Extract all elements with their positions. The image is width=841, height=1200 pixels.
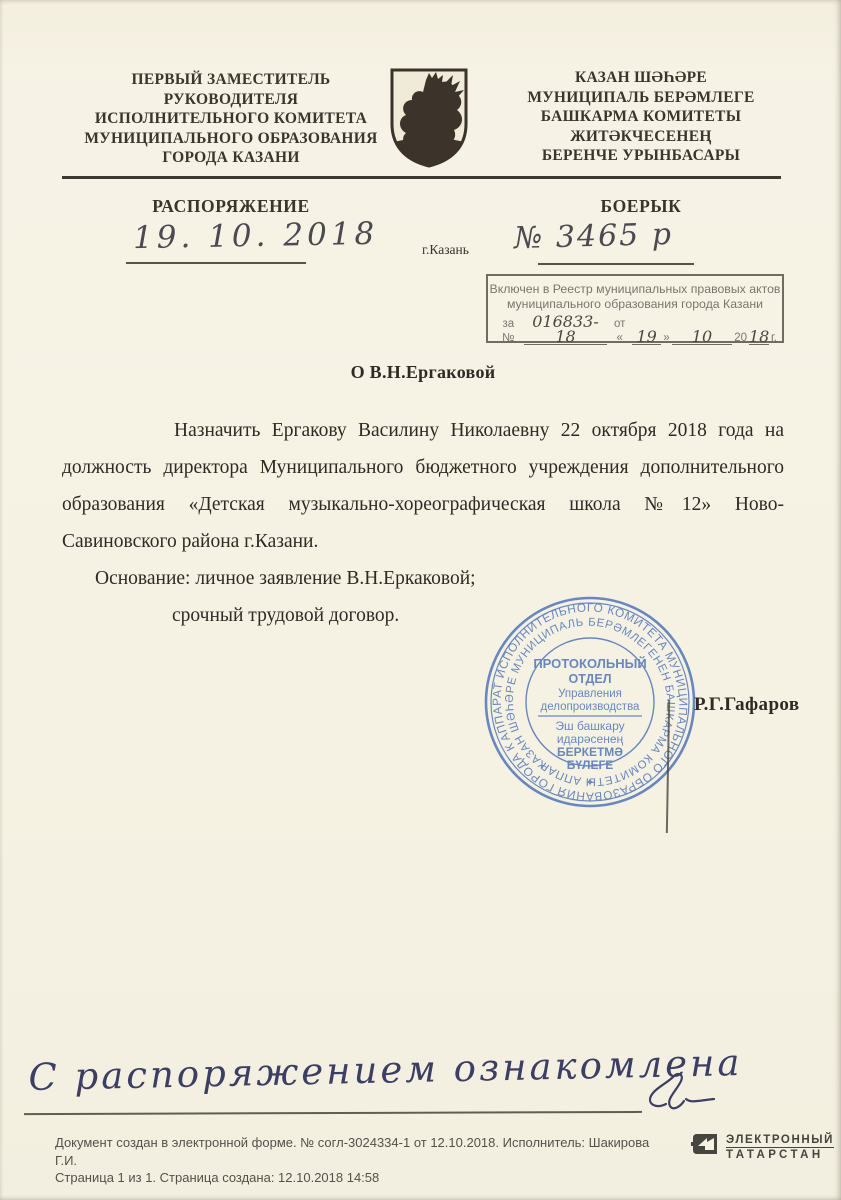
seal-center-line: Управления: [558, 688, 622, 700]
registry-month-handwritten: 10: [672, 329, 733, 345]
header-right-line: БЕРЕНЧЕ УРЫНБАСАРЫ: [488, 146, 794, 166]
header-left-line: РУКОВОДИТЕЛЯ: [66, 90, 396, 110]
body-line: образования «Детская музыкально-хореогра…: [62, 486, 784, 523]
header-right-line: МУНИЦИПАЛЬ БЕРӘМЛЕГЕ: [488, 88, 794, 108]
handwritten-number: № 3465 р: [514, 217, 674, 256]
header-right-line: БАШКАРМА КОМИТЕТЫ: [488, 107, 794, 127]
signer-name: Р.Г.Гафаров: [694, 694, 800, 716]
doc-type-russian: РАСПОРЯЖЕНИЕ: [66, 196, 396, 217]
seal-center-line: Эш башкару: [555, 719, 624, 733]
registry-stamp-box: Включен в Реестр муниципальных правовых …: [486, 274, 784, 343]
footer-line1: Документ создан в электронной форме. № с…: [55, 1134, 655, 1169]
registry-day-handwritten: 19: [632, 329, 661, 345]
document-title: О В.Н.Ергаковой: [62, 362, 784, 383]
registry-ot-label: от «: [609, 317, 630, 345]
number-underline: [538, 263, 694, 265]
date-underline: [126, 262, 306, 264]
registry-stamp-fill-line: за № 016833-18 от « 19 » 10 20 18 г.: [488, 312, 782, 345]
body-line: Назначить Ергакову Василину Николаевну 2…: [62, 412, 784, 449]
seal-center-line: ОТДЕЛ: [568, 672, 611, 686]
seal-center-line: делопроизводства: [541, 701, 641, 713]
registry-za-label: за №: [495, 317, 522, 345]
seal-center-line: БҮЛЕГЕ: [567, 758, 614, 772]
seal-center-line: БЕРКЕТМӘ: [557, 745, 623, 759]
electronic-tatarstan-logo-icon: [690, 1131, 720, 1163]
signature-squiggle-icon: [636, 1068, 716, 1118]
header-right-org: КАЗАН ШӘҺӘРЕ МУНИЦИПАЛЬ БЕРӘМЛЕГЕ БАШКАР…: [488, 68, 794, 166]
round-seal-stamp-icon: АППАРАТ ИСПОЛНИТЕЛЬНОГО КОМИТЕТА МУНИЦИП…: [482, 594, 698, 810]
city-label: г.Казань: [422, 242, 469, 258]
header-left-line: ПЕРВЫЙ ЗАМЕСТИТЕЛЬ: [66, 70, 396, 90]
header-left-line: ИСПОЛНИТЕЛЬНОГО КОМИТЕТА: [66, 109, 396, 129]
header-right-line: ЖИТӘКЧЕСЕНЕҢ: [488, 127, 794, 147]
header-divider: [62, 176, 781, 179]
registry-year-prefix: 20: [734, 331, 747, 345]
registry-year-handwritten: 18: [749, 329, 769, 345]
registry-number-handwritten: 016833-18: [524, 314, 608, 345]
header-left-line: ГОРОДА КАЗАНИ: [66, 148, 396, 168]
body-line: Основание: личное заявление В.Н.Еркаково…: [62, 560, 784, 597]
registry-g-label: г.: [771, 331, 777, 345]
registry-quote-close: »: [663, 331, 669, 345]
doc-type-tatar: БОЕРЫК: [488, 196, 794, 217]
registry-stamp-line2: муниципального образования города Казани: [488, 297, 782, 312]
header-left-line: МУНИЦИПАЛЬНОГО ОБРАЗОВАНИЯ: [66, 129, 396, 149]
kazan-coat-of-arms-icon: [388, 66, 470, 171]
body-line: должность директора Муниципального бюдже…: [62, 449, 784, 486]
footer-line2: Страница 1 из 1. Страница создана: 12.10…: [55, 1169, 655, 1187]
handwritten-date: 19. 10. 2018: [133, 216, 379, 256]
seal-star-icon: ✦: [585, 777, 594, 789]
acknowledgment-underline: [24, 1111, 642, 1115]
registry-stamp-line1: Включен в Реестр муниципальных правовых …: [488, 282, 782, 297]
header-right-line: КАЗАН ШӘҺӘРЕ: [488, 68, 794, 88]
seal-center-line: ПРОТОКОЛЬНЫЙ: [533, 656, 646, 671]
seal-center-line: идарәсенең: [557, 732, 624, 746]
logo-text-top: ЭЛЕКТРОННЫЙ: [726, 1134, 834, 1148]
footer-meta: Документ создан в электронной форме. № с…: [55, 1134, 655, 1187]
logo-text: ЭЛЕКТРОННЫЙ ТАТАРСТАН: [726, 1134, 834, 1161]
header-left-org: ПЕРВЫЙ ЗАМЕСТИТЕЛЬ РУКОВОДИТЕЛЯ ИСПОЛНИТ…: [66, 70, 396, 168]
body-line: Савиновского района г.Казани.: [62, 523, 784, 560]
scanned-document-page: ПЕРВЫЙ ЗАМЕСТИТЕЛЬ РУКОВОДИТЕЛЯ ИСПОЛНИТ…: [0, 0, 841, 1200]
logo-text-bottom: ТАТАРСТАН: [726, 1148, 834, 1161]
electronic-tatarstan-logo: ЭЛЕКТРОННЫЙ ТАТАРСТАН: [690, 1131, 834, 1163]
